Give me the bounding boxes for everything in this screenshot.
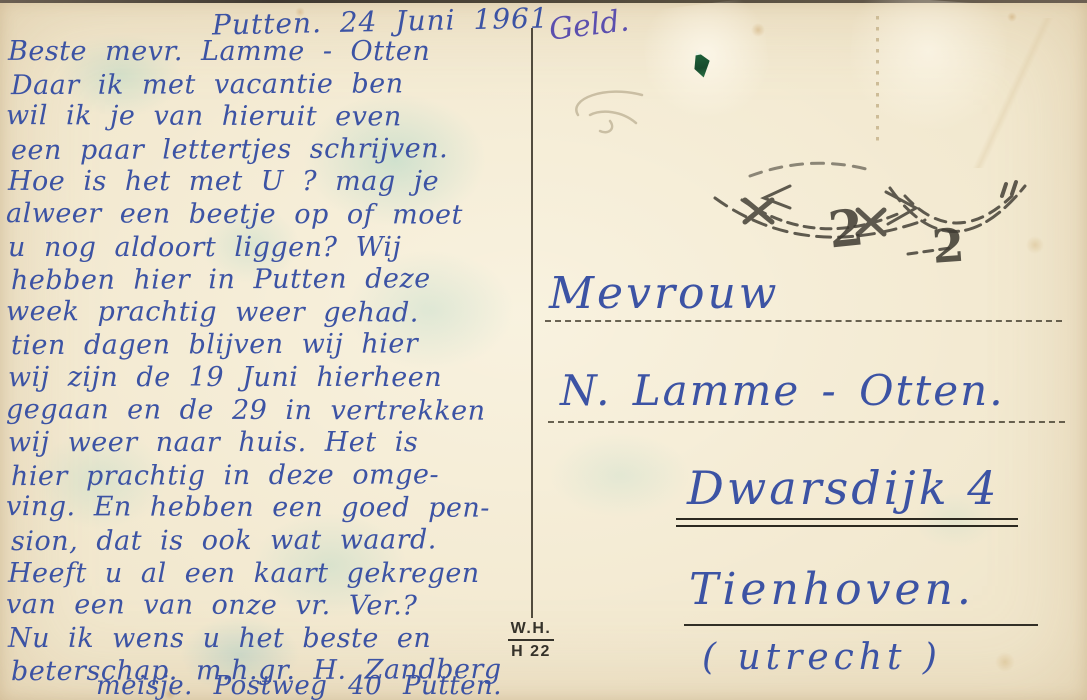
postmark-cross bbox=[745, 200, 772, 222]
message-line: Hoe is het met U ? mag je bbox=[8, 166, 536, 199]
postmark-numeral-left: 2 bbox=[826, 197, 867, 259]
paper-crease bbox=[948, 18, 1078, 168]
message-line: ving. En hebben een goed pen- bbox=[6, 491, 536, 525]
message-line: tien dagen blijven wij hier bbox=[11, 328, 536, 363]
message-line: wil ik je van hieruit even bbox=[6, 100, 536, 134]
message-line: wij zijn de 19 Juni hierheen bbox=[8, 362, 536, 395]
address-town: Tienhoven. bbox=[689, 564, 975, 615]
address-recipient-title: Mevrouw bbox=[549, 268, 779, 319]
postmark-tick-marks bbox=[1002, 182, 1016, 196]
pencil-scribble bbox=[550, 85, 660, 145]
address-line-rule bbox=[548, 421, 1065, 423]
address-line-rule bbox=[545, 320, 1062, 322]
publisher-mark: W.H. H 22 bbox=[506, 620, 556, 662]
handwritten-message: Beste mevr. Lamme - Otten Daar ik met va… bbox=[8, 36, 536, 688]
message-footer-line: meisje. Postweg 40 Putten. bbox=[96, 671, 502, 700]
address-street: Dwarsdijk 4 bbox=[687, 461, 999, 515]
message-line: week prachtig weer gehad. bbox=[6, 296, 536, 330]
postmark-arc bbox=[750, 163, 870, 176]
message-line: alweer een beetje op of moet bbox=[6, 198, 536, 232]
message-line: van een van onze vr. Ver.? bbox=[6, 589, 536, 623]
message-line: u nog aldoort liggen? Wij bbox=[8, 232, 536, 265]
message-line: hebben hier in Putten deze bbox=[11, 263, 536, 298]
publisher-mark-rule bbox=[508, 639, 554, 641]
postmark-chevron bbox=[886, 192, 916, 224]
postmark-numeral-right: 2 bbox=[930, 218, 966, 274]
message-line: Nu ik wens u het beste en bbox=[8, 623, 536, 656]
message-line: gegaan en de 29 in vertrekken bbox=[6, 394, 536, 428]
message-line: Beste mevr. Lamme - Otten bbox=[8, 36, 536, 69]
publisher-initials: W.H. bbox=[506, 620, 556, 638]
message-line: hier prachtig in deze omge- bbox=[11, 459, 536, 494]
message-line: Daar ik met vacantie ben bbox=[11, 67, 536, 102]
message-line: sion, dat is ook wat waard. bbox=[11, 524, 536, 559]
address-underline bbox=[684, 624, 1038, 626]
address-province: ( utrecht ) bbox=[702, 637, 942, 678]
divider-line bbox=[531, 28, 533, 618]
message-line: een paar lettertjes schrijven. bbox=[11, 133, 536, 168]
province-note: Geld. bbox=[547, 3, 631, 47]
stamp-perforation-dots bbox=[876, 16, 879, 148]
address-recipient-name: N. Lamme - Otten. bbox=[560, 366, 1005, 415]
address-underline-double bbox=[676, 518, 1018, 527]
message-line: wij weer naar huis. Het is bbox=[8, 427, 536, 460]
message-line: Heeft u al een kaart gekregen bbox=[8, 558, 536, 591]
postcard-scan: Putten. 24 Juni 1961 Geld. Beste mevr. L… bbox=[0, 0, 1087, 700]
publisher-code: H 22 bbox=[506, 643, 556, 661]
